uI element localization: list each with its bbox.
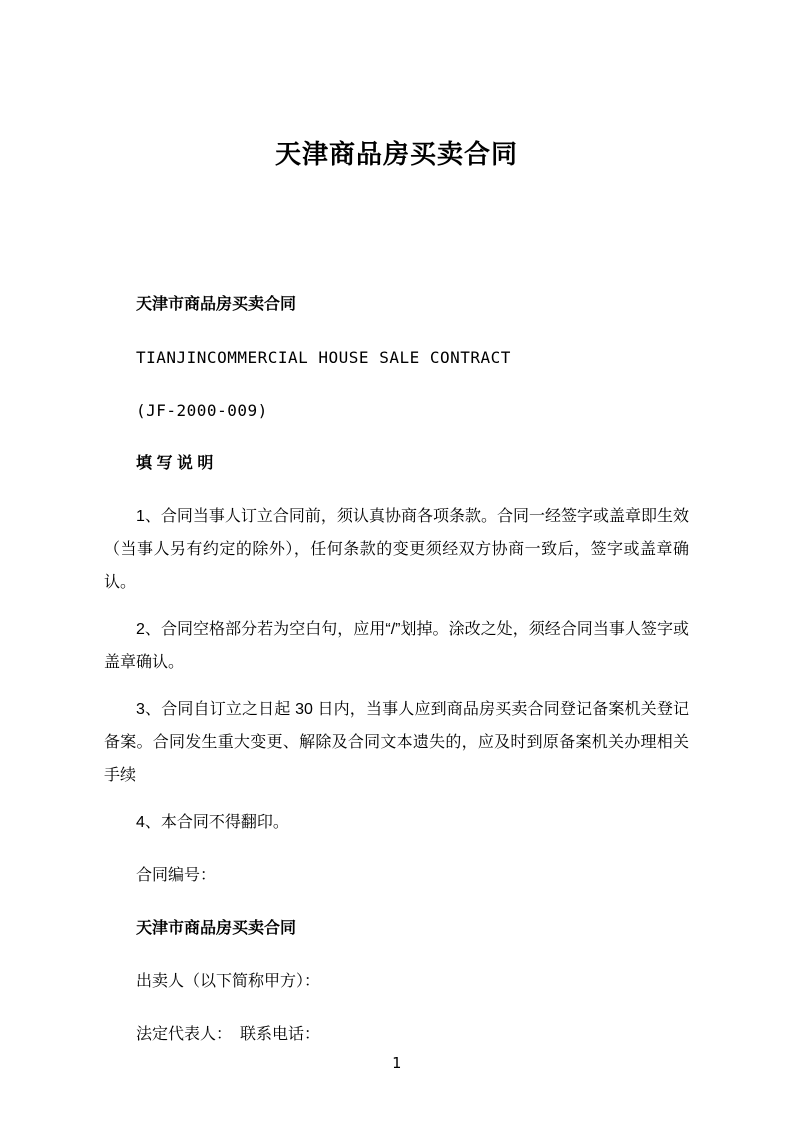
contract-title-repeat: 天津市商品房买卖合同 [104, 912, 689, 945]
legal-representative-line: 法定代表人： 联系电话： [104, 1018, 689, 1051]
contract-form-code: (JF-2000-009) [104, 394, 689, 427]
instruction-item-1: 1、合同当事人订立合同前，须认真协商各项条款。合同一经签字或盖章即生效（当事人另… [104, 500, 689, 599]
instruction-item-2: 2、合同空格部分若为空白句，应用“/”划掉。涂改之处，须经合同当事人签字或盖章确… [104, 613, 689, 679]
section-title-fill-instructions: 填 写 说 明 [104, 447, 689, 480]
contract-heading-cn: 天津市商品房买卖合同 [104, 288, 689, 321]
page-number: 1 [0, 1052, 793, 1074]
instruction-item-3: 3、合同自订立之日起 30 日内，当事人应到商品房买卖合同登记备案机关登记备案。… [104, 693, 689, 792]
document-body: 天津市商品房买卖合同 TIANJINCOMMERCIAL HOUSE SALE … [104, 288, 689, 1071]
contract-heading-en: TIANJINCOMMERCIAL HOUSE SALE CONTRACT [104, 341, 689, 374]
contract-number-label: 合同编号： [104, 859, 689, 892]
seller-label-line: 出卖人（以下简称甲方）： [104, 965, 689, 998]
instruction-item-4: 4、本合同不得翻印。 [104, 806, 689, 839]
document-page: 天津商品房买卖合同 天津市商品房买卖合同 TIANJINCOMMERCIAL H… [0, 0, 793, 1122]
document-main-title: 天津商品房买卖合同 [0, 0, 793, 168]
